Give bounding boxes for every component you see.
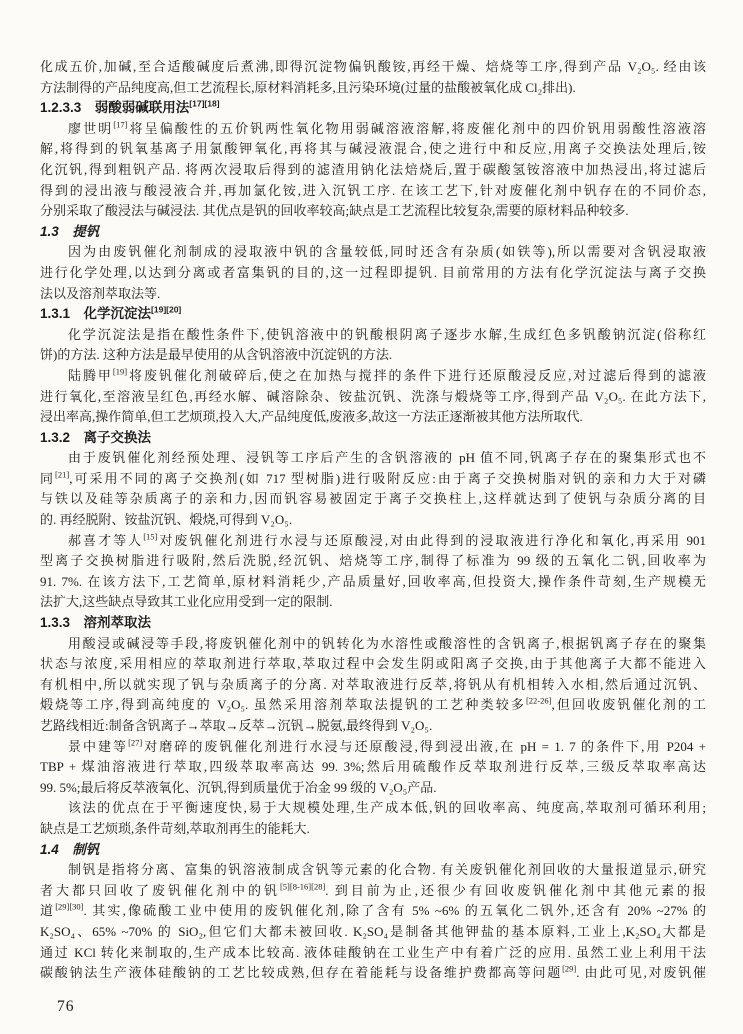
text-line: K₂SO₄、65% ~70% 的 SiO₂,但它们大都未被回收. K₂SO₄是制… xyxy=(40,922,706,943)
text-line: 者大都只回收了废钒催化剂中的钒[5][8-16][28]. 到目前为止,还很少有… xyxy=(40,881,706,902)
text-line: TBP + 煤油溶液进行萃取,四级萃取率高达 99. 3%;然后用硫酸作反萃取剂… xyxy=(40,757,706,778)
text-line: 进行化学处理,以达到分离或者富集钒的目的,这一过程即提钒. 目前常用的方法有化学… xyxy=(40,263,706,284)
text-line: 景中建等[27]对磨碎的废钒催化剂进行水浸与还原酸浸,得到浸出液,在 pH = … xyxy=(40,737,706,758)
text-line: 91. 7%. 在该方法下,工艺简单,原材料消耗少,产品质量好,回收率高,但投资… xyxy=(40,572,706,593)
text-line: 廖世明[17]将呈偏酸性的五价钒两性氧化物用弱碱溶液溶解,将废催化剂中的四价钒用… xyxy=(40,119,706,140)
text-line: 法扩大,这些缺点导致其工业化应用受到一定的限制. xyxy=(40,592,706,613)
page-number: 76 xyxy=(57,998,75,1016)
text-line: 化沉钒,得到粗钒产品. 将两次浸取后得到的滤渣用钠化法焙烧后,置于碳酸氢铵溶液中… xyxy=(40,160,706,181)
text-line: 浸出率高,操作简单,但工艺烦琐,投入大,产品纯度低,废液多,故这一方法正逐渐被其… xyxy=(40,407,706,428)
text-line: 通过 KCl 转化来制取的,生产成本比较高. 液体硅酸钠在工业生产中有着广泛的应… xyxy=(40,943,706,964)
text-line: 制钒是指将分离、富集的钒溶液制成含钒等元素的化合物. 有关废钒催化剂回收的大量报… xyxy=(40,860,706,881)
section-heading: 1.3.3 溶剂萃取法 xyxy=(40,613,706,634)
text-line: 99. 5%;最后将反萃液氧化、沉钒,得到质量优于冶金 99 级的 V₂O₅产品… xyxy=(40,778,706,799)
text-line: 饼)的方法. 这种方法是最早使用的从含钒溶液中沉淀钒的方法. xyxy=(40,345,706,366)
text-line: 用酸浸或碱浸等手段,将废钒催化剂中的钒转化为水溶性或酸溶性的含钒离子,根据钒离子… xyxy=(40,634,706,655)
section-heading: 1.4 制钒 xyxy=(40,840,706,861)
text-line: 化学沉淀法是指在酸性条件下,使钒溶液中的钒酸根阴离子逐步水解,生成红色多钒酸钠沉… xyxy=(40,325,706,346)
text-line: 陆腾甲[19]将废钒催化剂破碎后,使之在加热与搅拌的条件下进行还原酸浸反应,对过… xyxy=(40,366,706,387)
text-line: 得到的浸出液与酸浸液合并,再加氯化铵,进入沉钒工序. 在该工艺下,针对废催化剂中… xyxy=(40,181,706,202)
text-line: 因为由废钒催化剂制成的浸取液中钒的含量较低,同时还含有杂质(如铁等),所以需要对… xyxy=(40,242,706,263)
text-line: 有机相中,所以就实现了钒与杂质离子的分离. 对萃取液进行反萃,将钒从有机相转入水… xyxy=(40,675,706,696)
text-line: 艺路线相近:制备含钒离子→萃取→反萃→沉钒→脱氨,最终得到 V₂O₅. xyxy=(40,716,706,737)
text-line: 碳酸钠法生产液体硅酸钠的工艺比较成熟,但存在着能耗与设备维护费都高等问题[29]… xyxy=(40,963,706,984)
text-line: 分别采取了酸浸法与碱浸法. 其优点是钒的回收率较高;缺点是工艺流程比较复杂,需要… xyxy=(40,201,706,222)
scanned-page: 化成五价,加碱,至合适酸碱度后煮沸,即得沉淀物偏钒酸铵,再经干燥、焙烧等工序,得… xyxy=(0,0,743,1034)
text-line: 与铁以及硅等杂质离子的亲和力,因而钒容易被固定于离子交换柱上,这样就达到了使钒与… xyxy=(40,489,706,510)
text-line: 道[29][30]. 其实,像硫酸工业中使用的废钒催化剂,除了含有 5% ~6%… xyxy=(40,901,706,922)
text-line: 解,将得到的钒氧基离子用氯酸钾氧化,再将其与碱浸液混合,使之进行中和反应,用离子… xyxy=(40,139,706,160)
text-line: 该法的优点在于平衡速度快,易于大规模处理,生产成本低,钒的回收率高、纯度高,萃取… xyxy=(40,798,706,819)
text-line: 法以及溶剂萃取法等. xyxy=(40,284,706,305)
text-line: 同[21],可采用不同的离子交换剂(如 717 型树脂)进行吸附反应:由于离子交… xyxy=(40,469,706,490)
text-line: 缺点是工艺烦琐,条件苛刻,萃取剂再生的能耗大. xyxy=(40,819,706,840)
section-heading: 1.3 提钒 xyxy=(40,222,706,243)
text-line: 郝喜才等人[15]对废钒催化剂进行水浸与还原酸浸,对由此得到的浸取液进行净化和氧… xyxy=(40,531,706,552)
text-line: 煅烧等工序,得到高纯度的 V₂O₅. 虽然采用溶剂萃取法提钒的工艺种类较多[22… xyxy=(40,695,706,716)
text-line: 进行氧化,至溶液呈红色,再经水解、碱溶除杂、铵盐沉钒、洗涤与煅烧等工序,得到产品… xyxy=(40,387,706,408)
text-line: 化成五价,加碱,至合适酸碱度后煮沸,即得沉淀物偏钒酸铵,再经干燥、焙烧等工序,得… xyxy=(40,57,706,78)
text-line: 型离子交换树脂进行吸附,然后洗脱,经沉钒、焙烧等工序,制得了标准为 99 级的五… xyxy=(40,551,706,572)
text-line: 由于废钒催化剂经预处理、浸钒等工序后产生的含钒溶液的 pH 值不同,钒离子存在的… xyxy=(40,448,706,469)
text-line: 方法制得的产品纯度高,但工艺流程长,原材料消耗多,且污染环境(过量的盐酸被氧化成… xyxy=(40,78,706,99)
section-heading: 1.3.1 化学沉淀法[19][20] xyxy=(40,304,706,325)
section-heading: 1.3.2 离子交换法 xyxy=(40,428,706,449)
article-body: 化成五价,加碱,至合适酸碱度后煮沸,即得沉淀物偏钒酸铵,再经干燥、焙烧等工序,得… xyxy=(40,57,706,984)
section-heading: 1.2.3.3 弱酸弱碱联用法[17][18] xyxy=(40,98,706,119)
text-line: 的. 再经脱附、铵盐沉钒、煅烧,可得到 V₂O₅. xyxy=(40,510,706,531)
text-line: 状态与浓度,采用相应的萃取剂进行萃取,萃取过程中会发生阴或阳离子交换,由于其他离… xyxy=(40,654,706,675)
